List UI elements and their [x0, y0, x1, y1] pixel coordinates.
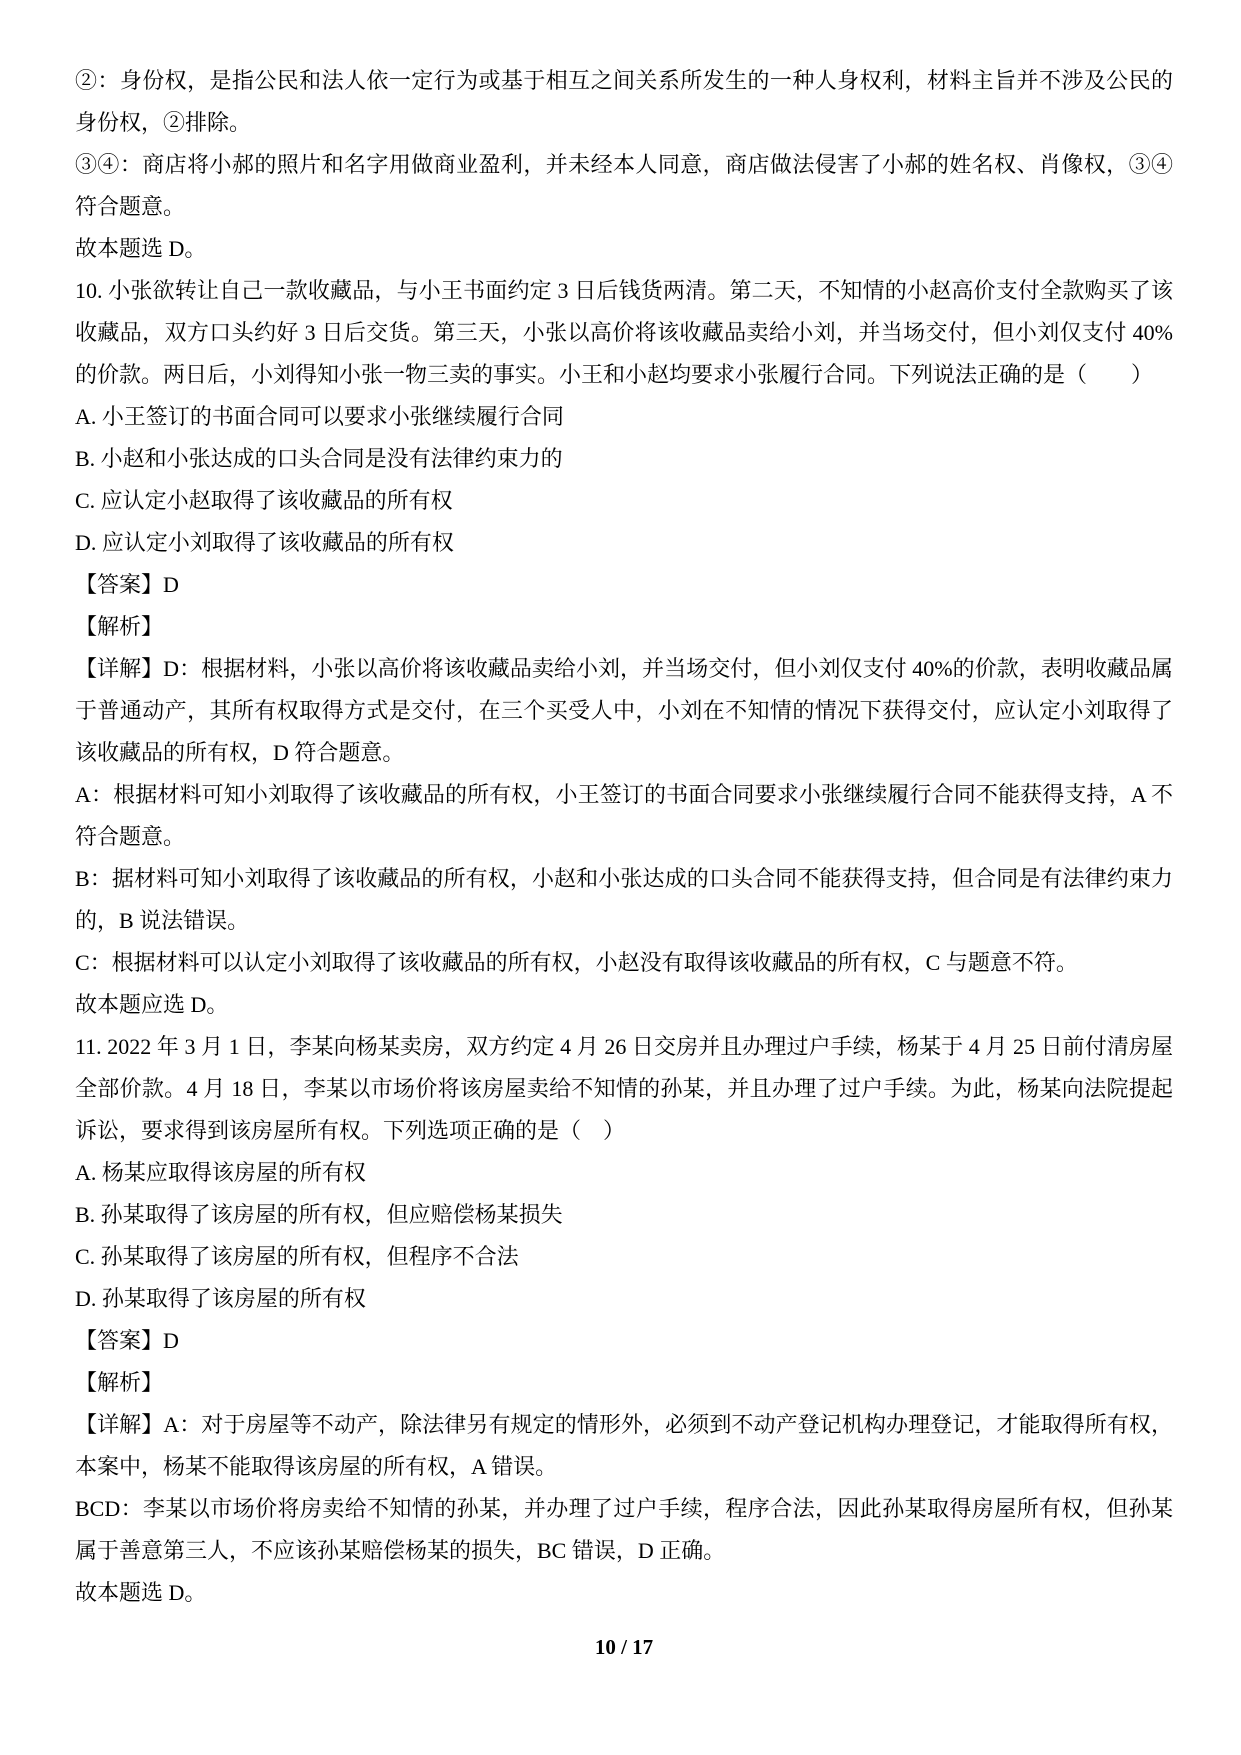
q10-detail-a: A：根据材料可知小刘取得了该收藏品的所有权，小王签订的书面合同要求小张继续履行合…	[75, 774, 1173, 858]
q10-option-d: D. 应认定小刘取得了该收藏品的所有权	[75, 522, 1173, 564]
q10-option-a: A. 小王签订的书面合同可以要求小张继续履行合同	[75, 396, 1173, 438]
q10-conclusion: 故本题应选 D。	[75, 984, 1173, 1026]
q11-option-b: B. 孙某取得了该房屋的所有权，但应赔偿杨某损失	[75, 1194, 1173, 1236]
q10-stem: 10. 小张欲转让自己一款收藏品，与小王书面约定 3 日后钱货两清。第二天，不知…	[75, 270, 1173, 396]
q10-answer-label: 【答案】D	[75, 564, 1173, 606]
q11-option-c: C. 孙某取得了该房屋的所有权，但程序不合法	[75, 1236, 1173, 1278]
q11-conclusion: 故本题选 D。	[75, 1572, 1173, 1614]
q10-option-c: C. 应认定小赵取得了该收藏品的所有权	[75, 480, 1173, 522]
q09-explanation-point2: ②：身份权，是指公民和法人依一定行为或基于相互之间关系所发生的一种人身权利，材料…	[75, 60, 1173, 144]
q10-option-b: B. 小赵和小张达成的口头合同是没有法律约束力的	[75, 438, 1173, 480]
page-number: 10 / 17	[75, 1626, 1173, 1668]
q10-detail-c: C：根据材料可以认定小刘取得了该收藏品的所有权，小赵没有取得该收藏品的所有权，C…	[75, 942, 1173, 984]
q10-analysis-label: 【解析】	[75, 606, 1173, 648]
q09-explanation-point34: ③④：商店将小郝的照片和名字用做商业盈利，并未经本人同意，商店做法侵害了小郝的姓…	[75, 144, 1173, 228]
q11-option-d: D. 孙某取得了该房屋的所有权	[75, 1278, 1173, 1320]
q09-conclusion: 故本题选 D。	[75, 228, 1173, 270]
q11-detail-bcd: BCD：李某以市场价将房卖给不知情的孙某，并办理了过户手续，程序合法，因此孙某取…	[75, 1488, 1173, 1572]
q11-answer-label: 【答案】D	[75, 1320, 1173, 1362]
q10-detail-b: B：据材料可知小刘取得了该收藏品的所有权，小赵和小张达成的口头合同不能获得支持，…	[75, 858, 1173, 942]
q11-analysis-label: 【解析】	[75, 1362, 1173, 1404]
q10-detail-d: 【详解】D：根据材料，小张以高价将该收藏品卖给小刘，并当场交付，但小刘仅支付 4…	[75, 648, 1173, 774]
q11-detail-a: 【详解】A：对于房屋等不动产，除法律另有规定的情形外，必须到不动产登记机构办理登…	[75, 1404, 1173, 1488]
document-page: ②：身份权，是指公民和法人依一定行为或基于相互之间关系所发生的一种人身权利，材料…	[0, 0, 1241, 1755]
q11-option-a: A. 杨某应取得该房屋的所有权	[75, 1152, 1173, 1194]
q11-stem: 11. 2022 年 3 月 1 日，李某向杨某卖房，双方约定 4 月 26 日…	[75, 1026, 1173, 1152]
